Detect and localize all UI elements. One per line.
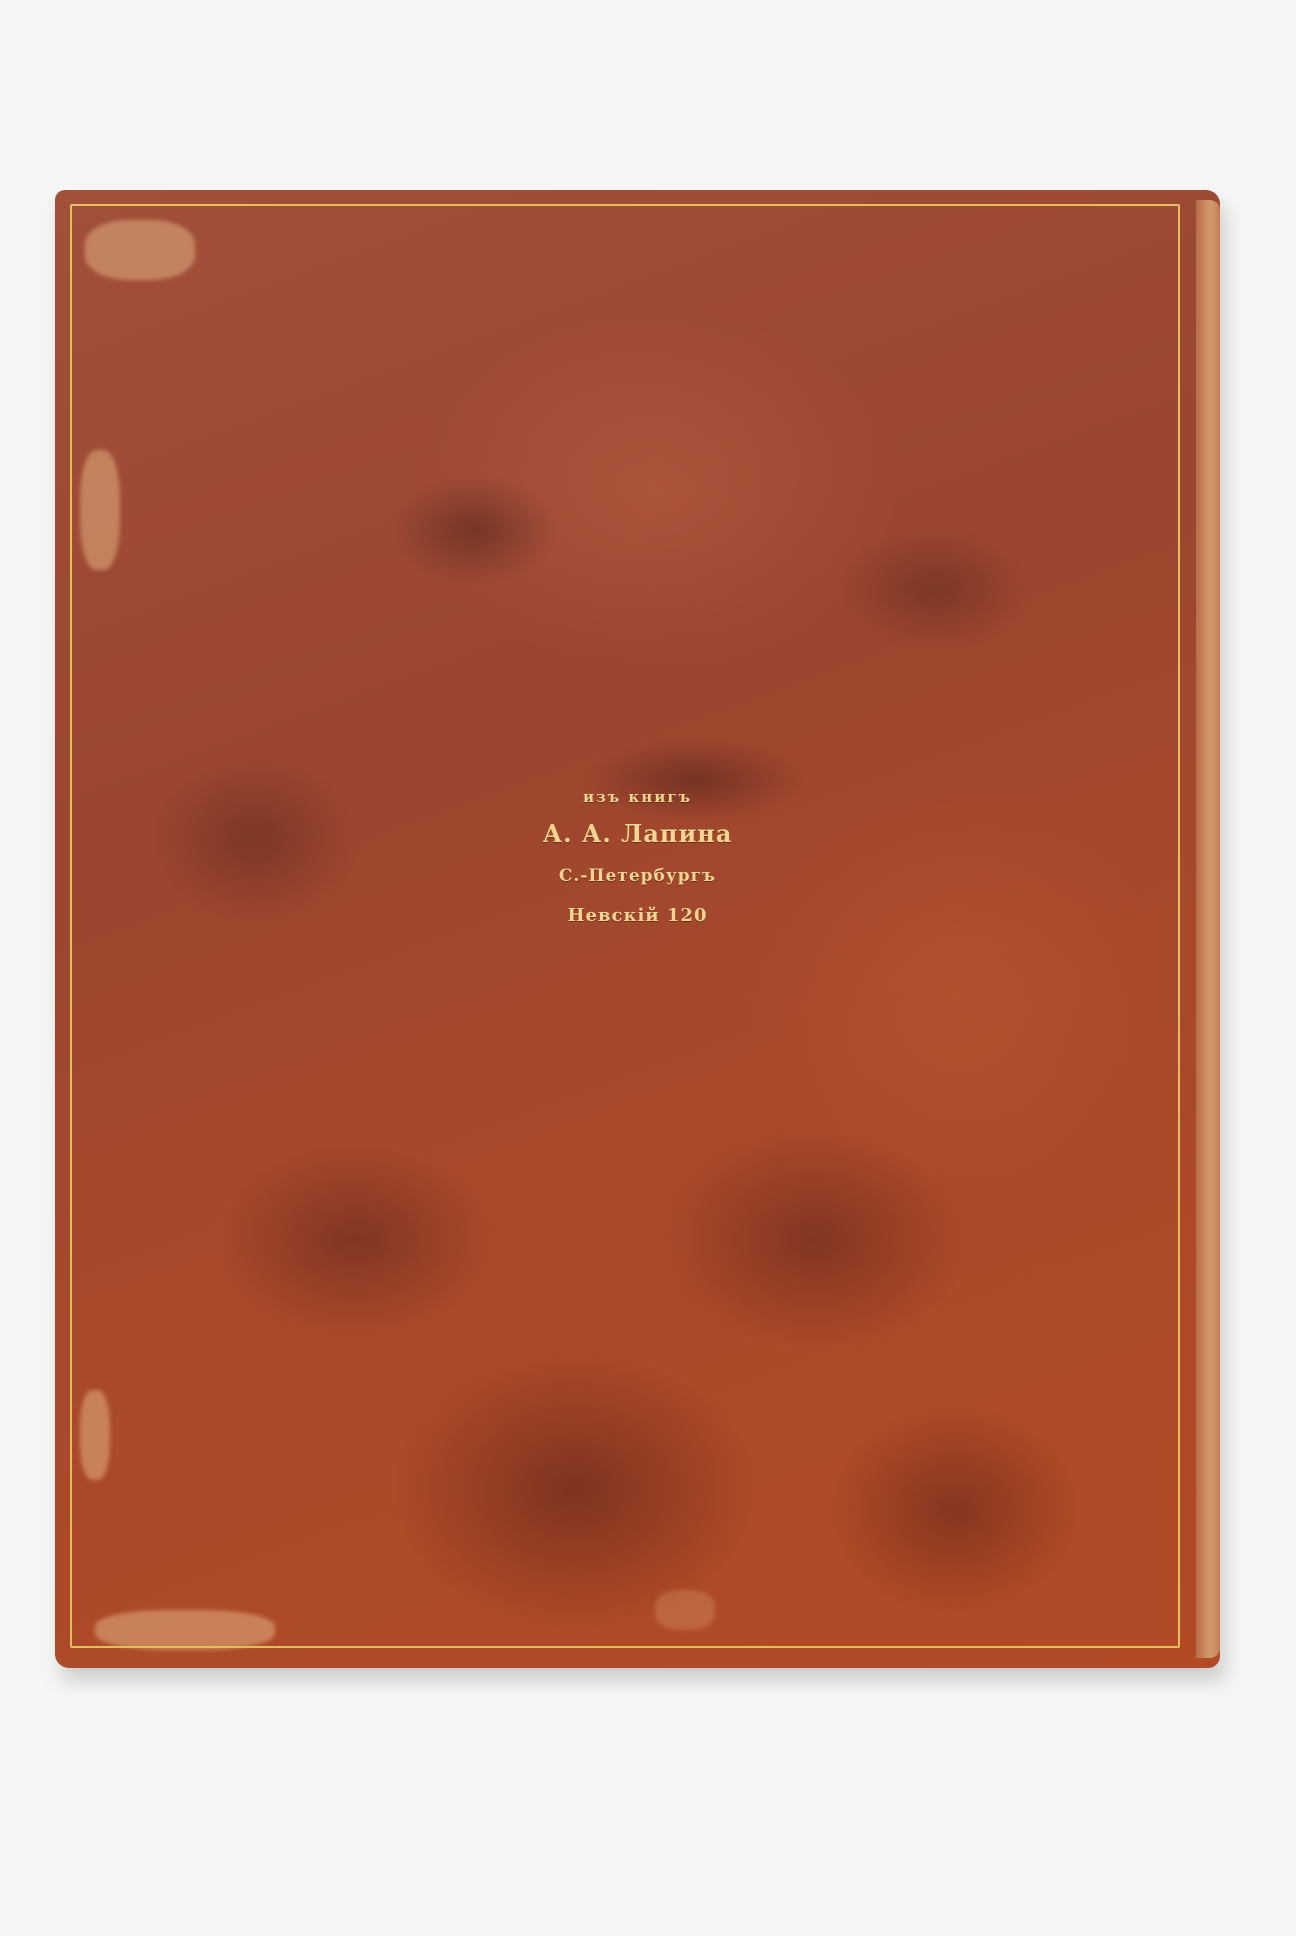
ex-libris-stamp: изъ книгъ А. А. Лапина С.-Петербургъ Нев…	[55, 790, 1220, 925]
board-edge	[1196, 200, 1220, 1658]
stamp-line-1: изъ книгъ	[55, 790, 1220, 805]
stamp-address: Невскій 120	[55, 907, 1220, 925]
stamp-owner-name: А. А. Лапина	[55, 822, 1220, 846]
book-cover: изъ книгъ А. А. Лапина С.-Петербургъ Нев…	[55, 190, 1220, 1668]
gilt-border	[70, 204, 1180, 1648]
stamp-city: С.-Петербургъ	[55, 868, 1220, 885]
